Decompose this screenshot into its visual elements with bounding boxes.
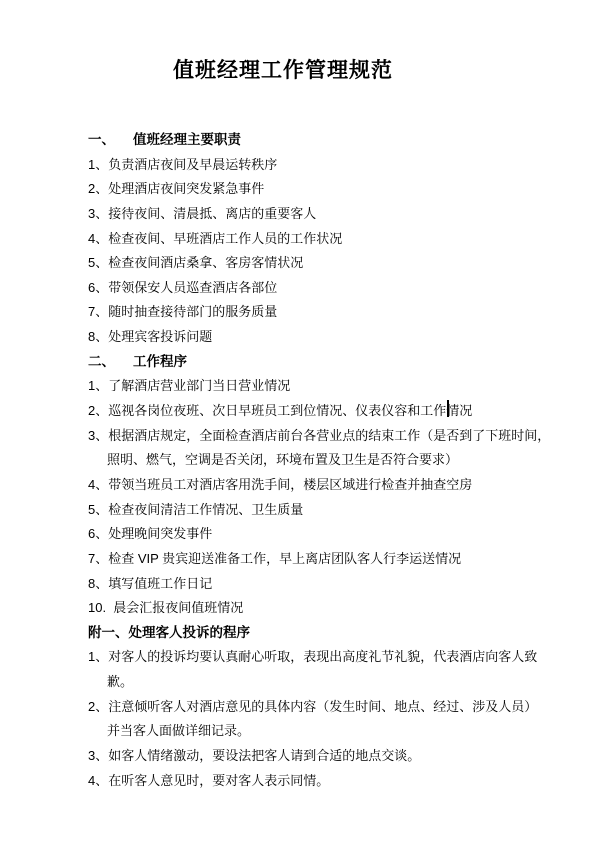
section-3-heading-label: 处理客人投诉的程序 [129, 625, 251, 640]
list-item[interactable]: 1、对客人的投诉均要认真耐心听取，表现出高度礼节礼貌，代表酒店向客人致 [88, 645, 598, 670]
list-item[interactable]: 3、如客人情绪激动，要设法把客人请到合适的地点交谈。 [88, 744, 598, 769]
list-item[interactable]: 1、了解酒店营业部门当日营业情况 [88, 374, 598, 399]
list-item[interactable]: 8、填写值班工作日记 [88, 572, 598, 597]
document-page[interactable]: 值班经理工作管理规范 一、值班经理主要职责 1、负责酒店夜间及早晨运转秩序 2、… [0, 0, 612, 863]
list-item[interactable]: 2、处理酒店夜间突发紧急事件 [88, 177, 598, 202]
list-item[interactable]: 5、检查夜间清洁工作情况、卫生质量 [88, 498, 598, 523]
list-item-continuation[interactable]: 歉。 [88, 670, 598, 695]
section-3-heading-number: 附一、 [88, 625, 129, 640]
section-2-heading[interactable]: 二、工作程序 [88, 350, 598, 375]
list-item[interactable]: 4、在听客人意见时，要对客人表示同情。 [88, 769, 598, 794]
section-2-heading-number: 二、 [88, 350, 133, 375]
list-item[interactable]: 2、巡视各岗位夜班、次日早班员工到位情况、仪表仪容和工作情况 [88, 399, 598, 424]
document-body: 一、值班经理主要职责 1、负责酒店夜间及早晨运转秩序 2、处理酒店夜间突发紧急事… [88, 128, 598, 793]
list-item-continuation[interactable]: 照明、燃气，空调是否关闭，环境布置及卫生是否符合要求） [88, 448, 598, 473]
text-cursor [447, 400, 449, 417]
list-item[interactable]: 3、接待夜间、清晨抵、离店的重要客人 [88, 202, 598, 227]
list-item[interactable]: 4、带领当班员工对酒店客用洗手间，楼层区域进行检查并抽查空房 [88, 473, 598, 498]
document-title: 值班经理工作管理规范 [0, 56, 566, 86]
list-item[interactable]: 10. 晨会汇报夜间值班情况 [88, 596, 598, 621]
section-1-heading-label: 值班经理主要职责 [133, 132, 241, 147]
section-1-heading[interactable]: 一、值班经理主要职责 [88, 128, 598, 153]
section-1-heading-number: 一、 [88, 128, 133, 153]
list-item[interactable]: 3、根据酒店规定，全面检查酒店前台各营业点的结束工作（是否到了下班时间， [88, 424, 598, 449]
list-item[interactable]: 5、检查夜间酒店桑拿、客房客情状况 [88, 251, 598, 276]
list-item[interactable]: 4、检查夜间、早班酒店工作人员的工作状况 [88, 227, 598, 252]
list-item[interactable]: 1、负责酒店夜间及早晨运转秩序 [88, 153, 598, 178]
list-item[interactable]: 8、处理宾客投诉问题 [88, 325, 598, 350]
list-item[interactable]: 2、注意倾听客人对酒店意见的具体内容（发生时间、地点、经过、涉及人员） [88, 695, 598, 720]
list-item-continuation[interactable]: 并当客人面做详细记录。 [88, 719, 598, 744]
section-2-heading-label: 工作程序 [133, 354, 187, 369]
list-item[interactable]: 7、检查 VIP 贵宾迎送准备工作，早上离店团队客人行李运送情况 [88, 547, 598, 572]
list-item[interactable]: 7、随时抽查接待部门的服务质量 [88, 300, 598, 325]
list-item[interactable]: 6、处理晚间突发事件 [88, 522, 598, 547]
list-item[interactable]: 6、带领保安人员巡查酒店各部位 [88, 276, 598, 301]
section-3-heading[interactable]: 附一、处理客人投诉的程序 [88, 621, 598, 646]
